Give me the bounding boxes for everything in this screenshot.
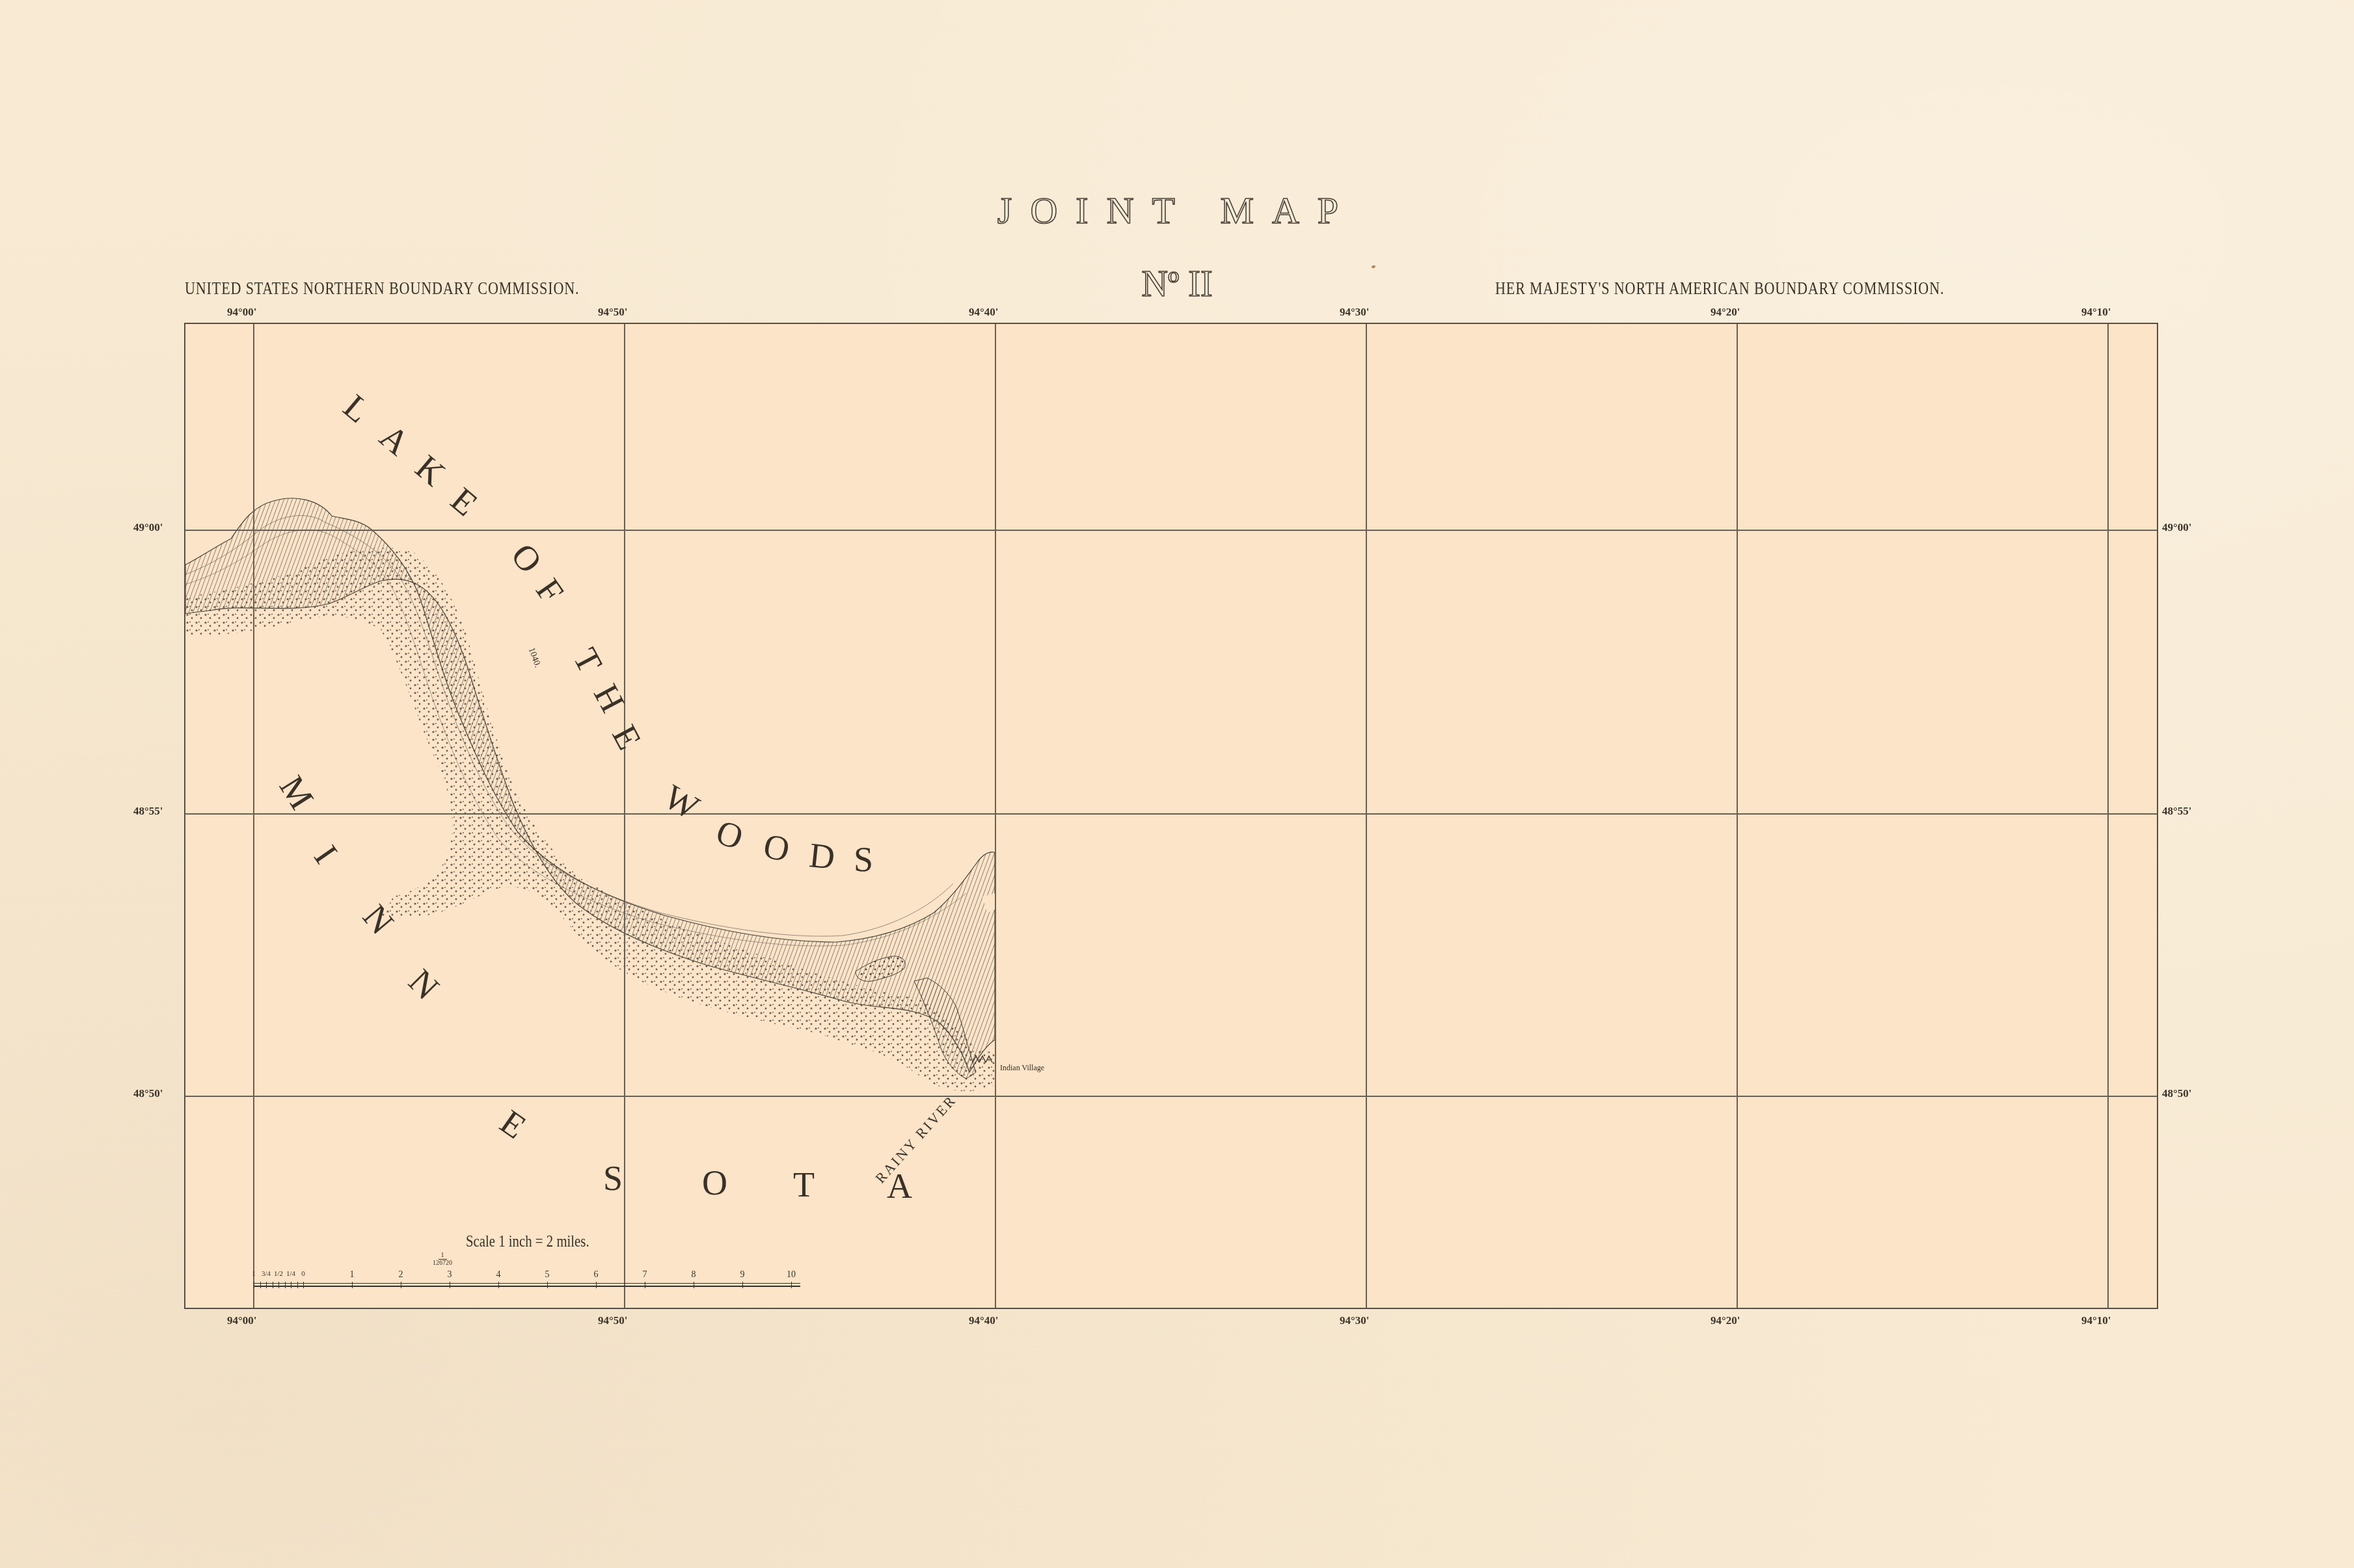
- scale-sub-label: 1/2: [274, 1270, 283, 1278]
- scale-label: 1: [350, 1270, 355, 1280]
- latitude-label-left: 48°55': [133, 805, 163, 818]
- longitude-label-top: 94°40': [969, 306, 999, 319]
- scale-label: 7: [643, 1270, 647, 1280]
- lake-name-letter: D: [807, 835, 837, 878]
- scale-tick: [303, 1282, 304, 1288]
- longitude-label-top: 94°50': [598, 306, 628, 319]
- meridian-line: [995, 324, 996, 1308]
- scale-label: 2: [399, 1270, 403, 1280]
- scale-label: 9: [740, 1270, 745, 1280]
- parallel-line: [185, 1096, 2157, 1097]
- longitude-label-bottom: 94°10': [2081, 1314, 2111, 1327]
- scale-label: 4: [496, 1270, 501, 1280]
- state-name-letter: S: [603, 1158, 623, 1198]
- scale-tick: [285, 1282, 286, 1288]
- parallel-line: [185, 530, 2157, 531]
- meridian-line: [1366, 324, 1367, 1308]
- map-frame: LAKEOFTHEWOODS MINNESOTA 1040. RAINY RIV…: [184, 323, 2158, 1309]
- meridian-line: [624, 324, 625, 1308]
- latitude-label-left: 48°50': [133, 1087, 163, 1100]
- lake-name-letter: S: [854, 839, 873, 880]
- uk-commission-heading: HER MAJESTY'S NORTH AMERICAN BOUNDARY CO…: [1495, 278, 1944, 299]
- meridian-line: [1737, 324, 1738, 1308]
- longitude-label-top: 94°00': [227, 306, 257, 319]
- scale-tick: [260, 1282, 261, 1288]
- scale-sub-label: 3/4: [262, 1270, 271, 1278]
- longitude-label-bottom: 94°20': [1711, 1314, 1740, 1327]
- lake-of-the-woods-water: [185, 324, 2159, 1310]
- scale-title: Scale 1 inch = 2 miles.: [466, 1232, 589, 1251]
- latitude-label-left: 49°00': [133, 521, 163, 534]
- scale-tick: [498, 1282, 499, 1288]
- longitude-label-bottom: 94°50': [598, 1314, 628, 1327]
- latitude-label-right: 48°50': [2162, 1087, 2192, 1100]
- indian-village-label: Indian Village: [1000, 1063, 1044, 1073]
- scale-tick: [547, 1282, 548, 1288]
- scale-bar: 13/41/21/4012345678910: [254, 1270, 800, 1296]
- state-name-letter: T: [793, 1165, 815, 1205]
- scale-fraction: 1 126720: [410, 1252, 475, 1267]
- scale-tick: [254, 1282, 254, 1288]
- scale-sub-label: 0: [301, 1270, 305, 1278]
- scale-label: 5: [545, 1270, 550, 1280]
- scale-tick: [742, 1282, 743, 1288]
- longitude-label-bottom: 94°00': [227, 1314, 257, 1327]
- scale-sub-label: 1: [252, 1270, 256, 1278]
- latitude-label-right: 49°00': [2162, 521, 2192, 534]
- parallel-line: [185, 813, 2157, 815]
- latitude-label-right: 48°55': [2162, 805, 2192, 818]
- meridian-line: [253, 324, 254, 1308]
- map-sheet: JOINT MAP Nº II UNITED STATES NORTHERN B…: [0, 0, 2354, 1568]
- scale-label: 3: [448, 1270, 452, 1280]
- longitude-label-top: 94°30': [1340, 306, 1370, 319]
- meridian-line: [2107, 324, 2109, 1308]
- scale-sub-label: 1/4: [286, 1270, 295, 1278]
- scale-tick: [297, 1282, 298, 1288]
- scale-tick: [401, 1282, 401, 1288]
- scale-tick: [273, 1282, 273, 1288]
- longitude-label-bottom: 94°40': [969, 1314, 999, 1327]
- scale-label: 6: [594, 1270, 599, 1280]
- scale-tick: [694, 1282, 694, 1288]
- us-commission-heading: UNITED STATES NORTHERN BOUNDARY COMMISSI…: [185, 278, 579, 299]
- scale-tick: [645, 1282, 645, 1288]
- scale-tick: [291, 1282, 291, 1288]
- scale-tick: [278, 1282, 279, 1288]
- state-name-letter: O: [702, 1163, 727, 1203]
- longitude-label-bottom: 94°30': [1340, 1314, 1370, 1327]
- map-title: JOINT MAP: [0, 189, 2354, 232]
- scale-label: 10: [787, 1270, 796, 1280]
- scale-tick: [266, 1282, 267, 1288]
- longitude-label-top: 94°10': [2081, 306, 2111, 319]
- scale-tick: [352, 1282, 353, 1288]
- longitude-label-top: 94°20': [1711, 306, 1740, 319]
- scale-tick: [791, 1282, 792, 1288]
- scale-label: 8: [692, 1270, 696, 1280]
- shore-marsh-band: [185, 548, 995, 1091]
- scale-tick: [450, 1282, 450, 1288]
- scale-tick: [596, 1282, 597, 1288]
